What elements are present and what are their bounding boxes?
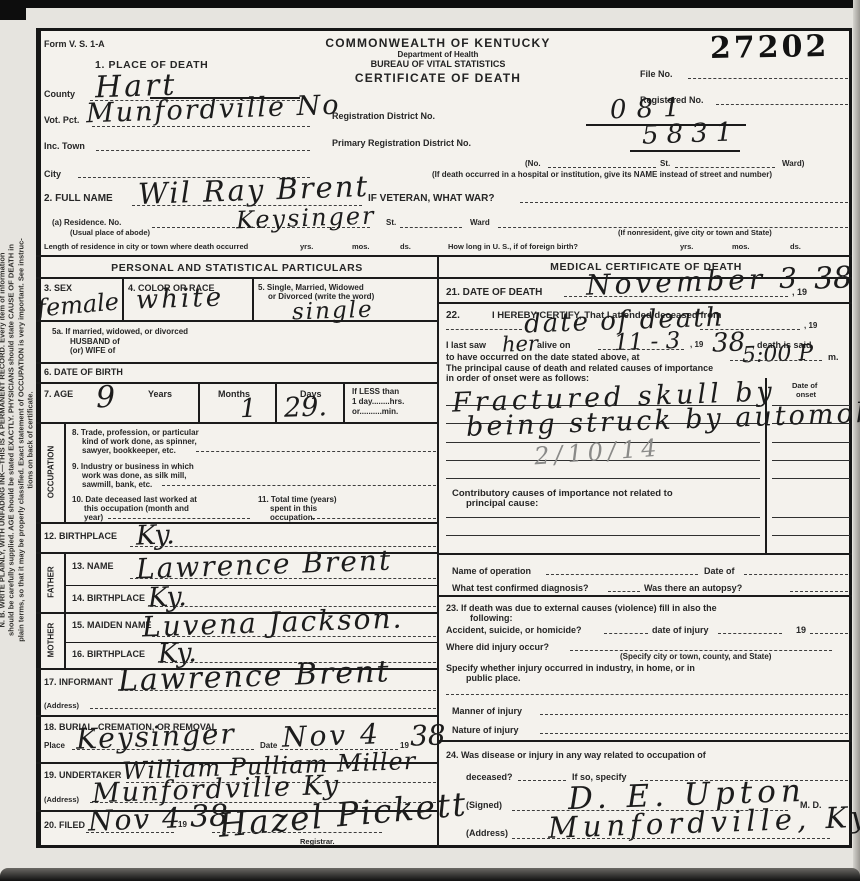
inc-town-label: Inc. Town xyxy=(44,142,85,151)
item8-line3: sawyer, bookkeeper, etc. xyxy=(82,447,176,455)
certify-19-label: , 19 xyxy=(804,322,817,330)
wife-of-label: (or) WIFE of xyxy=(70,347,115,355)
time-of-death-value: 5:00 P xyxy=(742,343,814,367)
department-line: Department of Health xyxy=(307,50,569,59)
vot-pct-label: Vot. Pct. xyxy=(44,116,79,125)
rule xyxy=(688,78,848,79)
full-name-label: 2. FULL NAME xyxy=(44,194,113,204)
rule xyxy=(540,714,848,715)
accident-label: Accident, suicide, or homicide? xyxy=(446,626,582,635)
residence-label: (a) Residence. No. xyxy=(52,219,121,227)
primary-district-value: 5831 xyxy=(642,119,741,148)
filed-label: 20. FILED xyxy=(44,821,85,830)
rule xyxy=(772,517,850,518)
item9-line2: work was done, as silk mill, xyxy=(82,472,186,480)
less-than-label2: 1 day........hrs. xyxy=(352,398,404,406)
principal-cause-text1: The principal cause of death and related… xyxy=(446,364,713,373)
rule xyxy=(512,838,830,839)
rule xyxy=(548,167,656,168)
informant-address-label: (Address) xyxy=(44,702,79,710)
rule xyxy=(675,167,775,168)
marital-label: 5. Single, Married, Widowed xyxy=(258,284,364,292)
rule xyxy=(252,277,254,320)
mother-birthplace-label: 16. BIRTHPLACE xyxy=(72,650,145,659)
burial-date-label: Date xyxy=(260,742,277,750)
last-saw-19-label: , 19 xyxy=(690,341,703,349)
city-label: City xyxy=(44,170,61,179)
rule xyxy=(162,485,436,486)
item23-text2: following: xyxy=(470,614,513,623)
state-header: COMMONWEALTH OF KENTUCKY Department of H… xyxy=(307,36,569,85)
how-long-label: How long in U. S., if of foreign birth? xyxy=(448,243,578,251)
hospital-note: (If death occurred in a hospital or inst… xyxy=(432,171,772,179)
mos2-label: mos. xyxy=(732,243,750,251)
rule xyxy=(546,574,698,575)
rule xyxy=(36,320,438,322)
father-vertical-label: FATHER xyxy=(47,566,56,597)
item11-line1: 11. Total time (years) xyxy=(258,496,337,504)
nonresident-note: (If nonresident, give city or town and S… xyxy=(618,229,772,237)
father-birthplace-value: Ky. xyxy=(148,583,188,611)
rule xyxy=(36,362,438,364)
manner-of-injury-label: Manner of injury xyxy=(452,707,522,716)
rule xyxy=(438,595,852,597)
item11-line3: occupation. xyxy=(270,514,315,522)
ward-label: Ward) xyxy=(782,160,804,168)
burial-place-label: Place xyxy=(44,742,65,750)
rule xyxy=(120,690,436,691)
date-of-onset-label1: Date of xyxy=(792,382,817,390)
abode-note: (Usual place of abode) xyxy=(70,229,150,237)
deceased-label: deceased? xyxy=(466,773,513,782)
rule xyxy=(446,478,760,479)
rule xyxy=(64,642,438,643)
date-of-injury-label: date of injury xyxy=(652,626,709,635)
rule xyxy=(730,360,822,361)
rule xyxy=(810,633,848,634)
less-than-label3: or..........min. xyxy=(352,408,398,416)
rule xyxy=(772,535,850,536)
rule xyxy=(438,302,852,304)
item10-line2: this occupation (month and xyxy=(84,505,189,513)
rule xyxy=(570,650,832,651)
rule xyxy=(564,296,788,297)
rule xyxy=(36,715,438,717)
operation-label: Name of operation xyxy=(452,567,531,576)
rule xyxy=(64,422,66,522)
filed-year-prefix: 19 xyxy=(178,821,187,829)
rule xyxy=(90,708,436,709)
registration-district-label: Registration District No. xyxy=(332,112,435,121)
husband-of-label: HUSBAND of xyxy=(70,338,120,346)
registrar-label: Registrar. xyxy=(300,838,335,846)
rule xyxy=(212,832,382,833)
where-injury-label: Where did injury occur? xyxy=(446,643,549,652)
rule xyxy=(64,552,66,668)
mother-maiden-name-label: 15. MAIDEN NAME xyxy=(72,621,152,630)
rule xyxy=(36,522,438,524)
years-label: Years xyxy=(148,390,172,399)
signed-label: (Signed) xyxy=(466,801,502,810)
nature-of-injury-label: Nature of injury xyxy=(452,726,519,735)
test-label: What test confirmed diagnosis? xyxy=(452,584,589,593)
scan-corner-mark xyxy=(0,4,26,20)
date-of-death-value: November 3 xyxy=(586,264,802,299)
injury-19-label: 19 xyxy=(796,626,806,635)
rule xyxy=(96,150,310,151)
rule xyxy=(438,740,852,742)
rule xyxy=(36,255,852,257)
rule xyxy=(72,749,254,750)
rule xyxy=(744,574,848,575)
color-value: white xyxy=(136,284,225,313)
death-certificate-scan: N. B. WRITE PLAINLY, WITH UNFADING INK—T… xyxy=(0,0,860,881)
age-days-value: 29. xyxy=(284,393,328,421)
yrs2-label: yrs. xyxy=(680,243,693,251)
sex-value: female xyxy=(36,289,120,320)
rule xyxy=(772,460,850,461)
age-months-value: 1 xyxy=(240,396,257,423)
last-saw-text2: alive on xyxy=(537,341,571,350)
age-label: 7. AGE xyxy=(44,390,73,399)
less-than-label1: If LESS than xyxy=(352,388,399,396)
margin-line: tions on back of certificate. xyxy=(25,24,34,856)
residence-st-label: St. xyxy=(386,219,396,227)
item8-line1: 8. Trade, profession, or particular xyxy=(72,429,199,437)
rule xyxy=(790,591,848,592)
item9-line1: 9. Industry or business in which xyxy=(72,463,194,471)
date-of-death-label: 21. DATE OF DEATH xyxy=(446,288,542,298)
yrs-label: yrs. xyxy=(300,243,313,251)
rule xyxy=(36,422,438,424)
occupation-vertical-label: OCCUPATION xyxy=(47,446,56,499)
form-number: Form V. S. 1-A xyxy=(44,40,105,49)
county-label: County xyxy=(44,90,75,99)
informant-label: 17. INFORMANT xyxy=(44,678,113,687)
rule xyxy=(598,349,684,350)
rule xyxy=(520,202,848,203)
rule xyxy=(275,382,277,422)
dob-label: 6. DATE OF BIRTH xyxy=(44,368,123,377)
item8-line2: kind of work done, as spinner, xyxy=(82,438,197,446)
physician-address-label: (Address) xyxy=(466,829,508,838)
commonwealth-title: COMMONWEALTH OF KENTUCKY xyxy=(307,36,569,50)
rule xyxy=(630,150,740,152)
operation-date-label: Date of xyxy=(704,567,735,576)
last-saw-text1: I last saw xyxy=(446,341,486,350)
rule xyxy=(400,227,462,228)
burial-date-value: Nov 4 xyxy=(282,720,382,751)
father-name-label: 13. NAME xyxy=(72,562,114,571)
item9-line3: sawmill, bank, etc. xyxy=(82,481,152,489)
primary-district-label: Primary Registration District No. xyxy=(332,139,471,148)
item23-text1: 23. If death was due to external causes … xyxy=(446,604,717,613)
rule xyxy=(198,382,200,422)
file-no-label: File No. xyxy=(640,70,673,79)
mother-vertical-label: MOTHER xyxy=(47,623,56,658)
margin-line: plain terms, so that it may be properly … xyxy=(16,24,25,856)
principal-cause-text2: in order of onset were as follows: xyxy=(446,374,589,383)
birthplace-label: 12. BIRTHPLACE xyxy=(44,532,117,541)
occurred-m-label: m. xyxy=(828,353,839,362)
certificate-number-stamp: 27202 xyxy=(710,29,830,66)
item10-line1: 10. Date deceased last worked at xyxy=(72,496,197,504)
undertaker-address-label: (Address) xyxy=(44,796,79,804)
date-of-onset-label2: onset xyxy=(796,391,816,399)
rule xyxy=(312,518,436,519)
rule xyxy=(446,694,848,695)
rule xyxy=(604,633,648,634)
no-label: (No. xyxy=(525,160,541,168)
personal-title: PERSONAL AND STATISTICAL PARTICULARS xyxy=(111,263,363,274)
residence-ward-label: Ward xyxy=(470,219,490,227)
length-residence-label: Length of residence in city or town wher… xyxy=(44,243,248,251)
bureau-line: BUREAU OF VITAL STATISTICS xyxy=(307,59,569,69)
rule xyxy=(130,578,436,579)
rule xyxy=(438,553,852,555)
dod-year-prefix: , 19 xyxy=(792,288,807,297)
rule xyxy=(446,517,760,518)
rule xyxy=(196,451,436,452)
ds-label: ds. xyxy=(400,243,411,251)
occurred-text: to have occurred on the date stated abov… xyxy=(446,353,640,362)
rule xyxy=(446,329,522,330)
rule xyxy=(718,633,782,634)
st-label: St. xyxy=(660,160,670,168)
rule xyxy=(92,126,310,127)
ds2-label: ds. xyxy=(790,243,801,251)
specify-text1: Specify whether injury occurred in indus… xyxy=(446,664,695,673)
margin-line: N. B. WRITE PLAINLY, WITH UNFADING INK—T… xyxy=(0,24,7,856)
item10-line3: year) xyxy=(84,514,103,522)
item5a-label: 5a. If married, widowed, or divorced xyxy=(52,328,188,336)
rule xyxy=(86,832,174,833)
specify-text2: public place. xyxy=(466,674,521,683)
residence-value: Keysinger xyxy=(236,204,376,233)
scan-right-edge xyxy=(853,0,860,881)
mos-label: mos. xyxy=(352,243,370,251)
veteran-label: IF VETERAN, WHAT WAR? xyxy=(368,194,494,204)
item11-line2: spent in this xyxy=(270,505,317,513)
margin-line: should be carefully supplied. AGE should… xyxy=(7,24,16,856)
rule xyxy=(608,591,640,592)
autopsy-label: Was there an autopsy? xyxy=(644,584,742,593)
scan-bottom-band xyxy=(0,868,860,881)
filed-date-value: Nov 4 xyxy=(88,804,183,835)
margin-instructions: N. B. WRITE PLAINLY, WITH UNFADING INK—T… xyxy=(0,24,35,856)
item24-text: 24. Was disease or injury in any way rel… xyxy=(446,751,706,760)
dod-year-value: 38 xyxy=(813,263,852,294)
certificate-title: CERTIFICATE OF DEATH xyxy=(307,71,569,85)
rule xyxy=(540,733,848,734)
age-years-value: 9 xyxy=(95,383,115,414)
rule xyxy=(446,535,760,536)
rule xyxy=(108,518,250,519)
contributory-text2: principal cause: xyxy=(466,499,538,509)
rule xyxy=(518,780,566,781)
rule xyxy=(772,442,850,443)
item22-number: 22. xyxy=(446,311,460,321)
rule xyxy=(772,478,850,479)
last-saw-year-value: 38 xyxy=(712,329,746,356)
marital-value: single xyxy=(292,299,374,325)
rule xyxy=(122,277,124,320)
specify-city-note: (Specify city or town, county, and State… xyxy=(620,653,771,661)
father-birthplace-label: 14. BIRTHPLACE xyxy=(72,594,145,603)
rule xyxy=(343,382,345,422)
scan-top-band xyxy=(0,0,860,8)
rule xyxy=(64,585,438,586)
rule xyxy=(716,104,848,105)
